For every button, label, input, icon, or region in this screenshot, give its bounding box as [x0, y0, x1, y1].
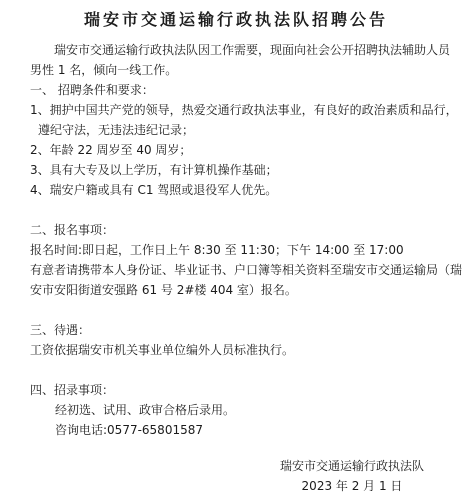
section-heading: 三、待遇：	[30, 320, 442, 340]
list-item: 3、具有大专及以上学历，有计算机操作基础；	[30, 160, 442, 180]
section-heading: 二、报名事项：	[30, 220, 442, 240]
contact-phone: 咨询电话:0577-65801587	[30, 420, 442, 440]
announcement-document: 瑞安市交通运输行政执法队招聘公告 瑞安市交通运输行政执法队因工作需要，现面向社会…	[0, 0, 467, 496]
process-text: 经初选、试用、政审合格后录用。	[30, 400, 442, 420]
section-heading: 四、招录事项：	[30, 380, 442, 400]
intro-paragraph: 瑞安市交通运输行政执法队因工作需要，现面向社会公开招聘执法辅助人员 男性 1 名…	[30, 40, 442, 80]
list-item: 2、年龄 22 周岁至 40 周岁；	[30, 140, 442, 160]
signature-inner: 瑞安市交通运输行政执法队 2023 年 2 月 1 日	[280, 456, 424, 496]
section-recruitment-process: 四、招录事项： 经初选、试用、政审合格后录用。 咨询电话:0577-658015…	[30, 380, 442, 440]
signature-date: 2023 年 2 月 1 日	[280, 476, 424, 496]
signature-org: 瑞安市交通运输行政执法队	[280, 456, 424, 476]
section-heading: 一、 招聘条件和要求：	[30, 80, 442, 100]
list-item-continuation: 遵纪守法，无违法违纪记录；	[30, 120, 442, 140]
section-requirements: 一、 招聘条件和要求： 1、拥护中国共产党的领导，热爱交通行政执法事业，有良好的…	[30, 80, 442, 200]
signature-block: 瑞安市交通运输行政执法队 2023 年 2 月 1 日	[30, 456, 442, 496]
list-item: 1、拥护中国共产党的领导，热爱交通行政执法事业，有良好的政治素质和品行，	[30, 100, 442, 120]
registration-address: 有意者请携带本人身份证、毕业证书、户口簿等相关资料至瑞安市交通运输局（瑞	[30, 260, 442, 280]
section-registration: 二、报名事项： 报名时间:即日起，工作日上午 8:30 至 11:30；下午 1…	[30, 220, 442, 300]
intro-line: 男性 1 名，倾向一线工作。	[30, 60, 442, 80]
salary-text: 工资依据瑞安市机关事业单位编外人员标准执行。	[30, 340, 442, 360]
page-title: 瑞安市交通运输行政执法队招聘公告	[30, 8, 442, 32]
registration-address-continuation: 安市安阳街道安强路 61 号 2#楼 404 室）报名。	[30, 280, 442, 300]
list-item: 4、瑞安户籍或具有 C1 驾照或退役军人优先。	[30, 180, 442, 200]
section-salary: 三、待遇： 工资依据瑞安市机关事业单位编外人员标准执行。	[30, 320, 442, 360]
registration-time: 报名时间:即日起，工作日上午 8:30 至 11:30；下午 14:00 至 1…	[30, 240, 442, 260]
intro-line: 瑞安市交通运输行政执法队因工作需要，现面向社会公开招聘执法辅助人员	[30, 40, 442, 60]
